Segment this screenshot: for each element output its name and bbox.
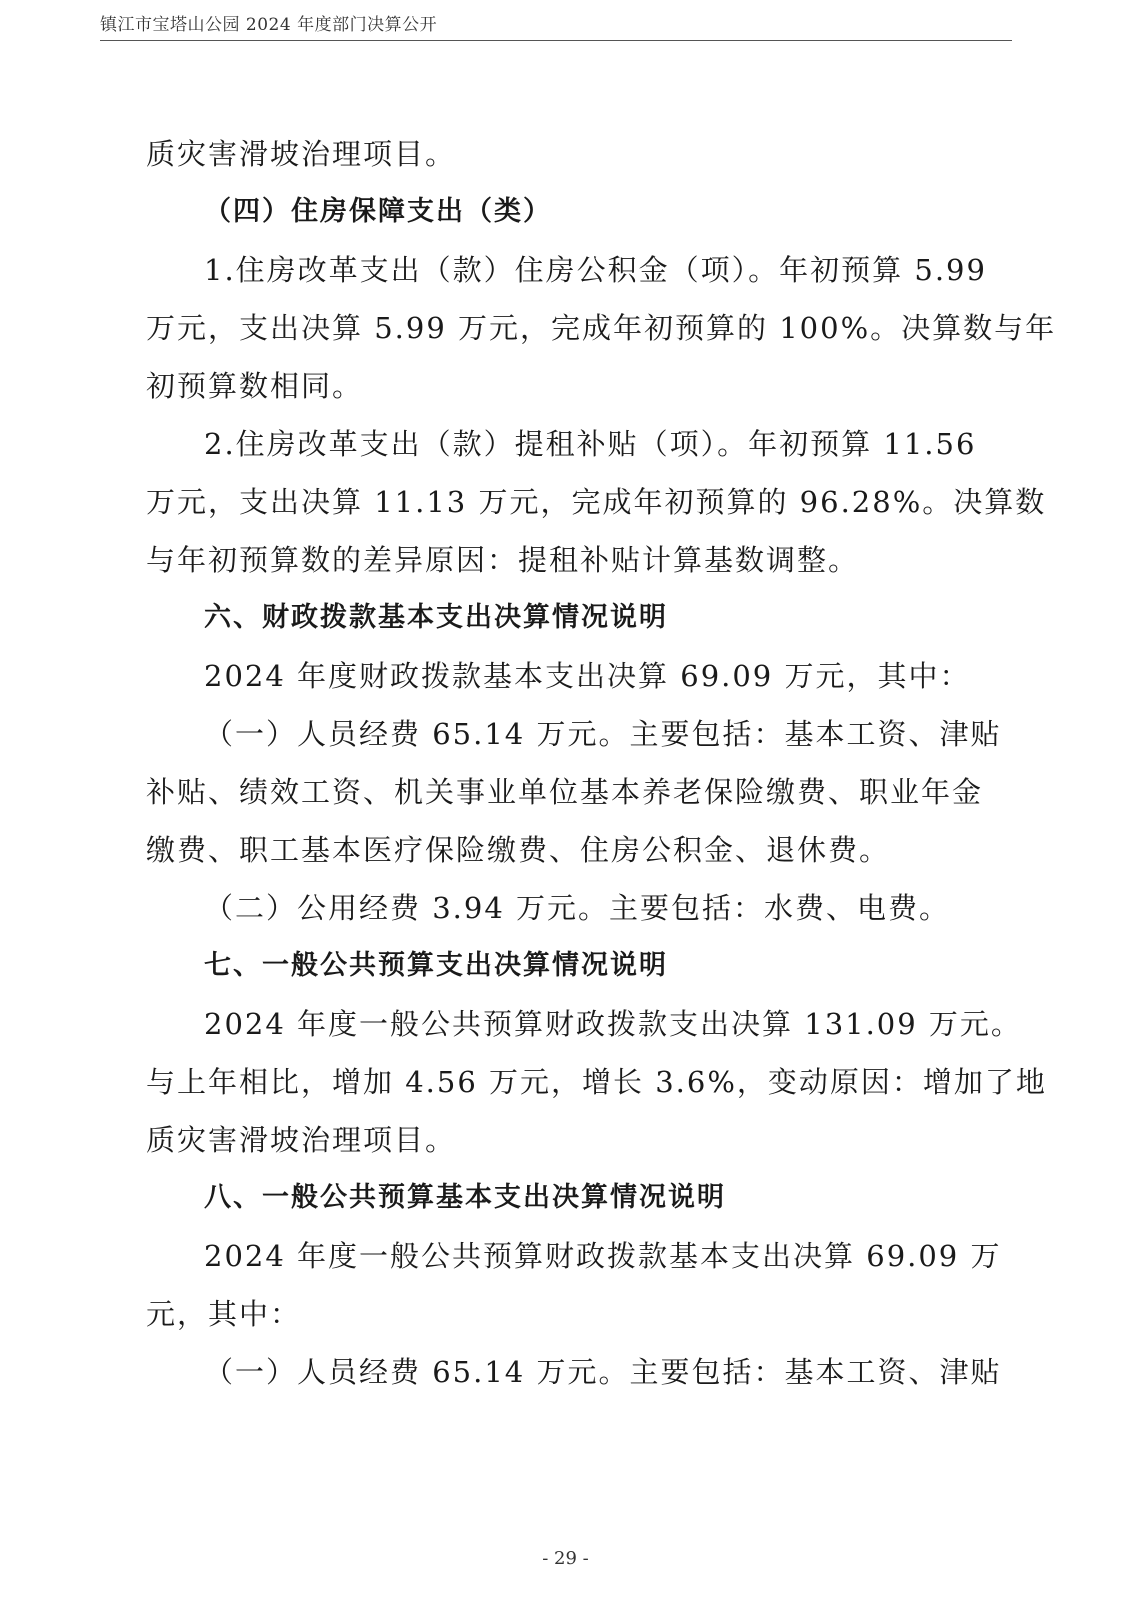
paragraph-line: 初预算数相同。 [146,366,363,406]
section-heading: （四）住房保障支出（类） [204,192,552,232]
paragraph-line: 质灾害滑坡治理项目。 [146,134,456,174]
document-title: 镇江市宝塔山公园 2024 年度部门决算公开 [100,15,437,35]
paragraph-line: 补贴、绩效工资、机关事业单位基本养老保险缴费、职业年金 [146,772,983,812]
paragraph-line: 质灾害滑坡治理项目。 [146,1120,456,1160]
paragraph-line: 缴费、职工基本医疗保险缴费、住房公积金、退休费。 [146,830,890,870]
paragraph-line: 与上年相比，增加 4.56 万元，增长 3.6%，变动原因：增加了地 [146,1062,1047,1102]
paragraph-line: （二）公用经费 3.94 万元。主要包括：水费、电费。 [204,888,950,928]
paragraph-line: （一）人员经费 65.14 万元。主要包括：基本工资、津贴 [204,1352,1001,1392]
paragraph-line: （一）人员经费 65.14 万元。主要包括：基本工资、津贴 [204,714,1001,754]
paragraph-line: 2.住房改革支出（款）提租补贴（项）。年初预算 11.56 [204,424,976,464]
paragraph-line: 万元，支出决算 11.13 万元，完成年初预算的 96.28%。决算数 [146,482,1046,522]
paragraph-line: 2024 年度一般公共预算财政拨款基本支出决算 69.09 万 [204,1236,1001,1276]
paragraph-line: 1.住房改革支出（款）住房公积金（项）。年初预算 5.99 [204,250,987,290]
paragraph-line: 2024 年度财政拨款基本支出决算 69.09 万元，其中： [204,656,970,696]
page-number: - 29 - [0,1548,1131,1569]
paragraph-line: 2024 年度一般公共预算财政拨款支出决算 131.09 万元。 [204,1004,1022,1044]
paragraph-line: 元，其中： [146,1294,301,1334]
page-header: 镇江市宝塔山公园 2024 年度部门决算公开 [100,14,1012,41]
paragraph-line: 万元，支出决算 5.99 万元，完成年初预算的 100%。决算数与年 [146,308,1056,348]
section-heading: 七、一般公共预算支出决算情况说明 [204,946,668,986]
paragraph-line: 与年初预算数的差异原因：提租补贴计算基数调整。 [146,540,859,580]
section-heading: 六、财政拨款基本支出决算情况说明 [204,598,668,638]
section-heading: 八、一般公共预算基本支出决算情况说明 [204,1178,726,1218]
